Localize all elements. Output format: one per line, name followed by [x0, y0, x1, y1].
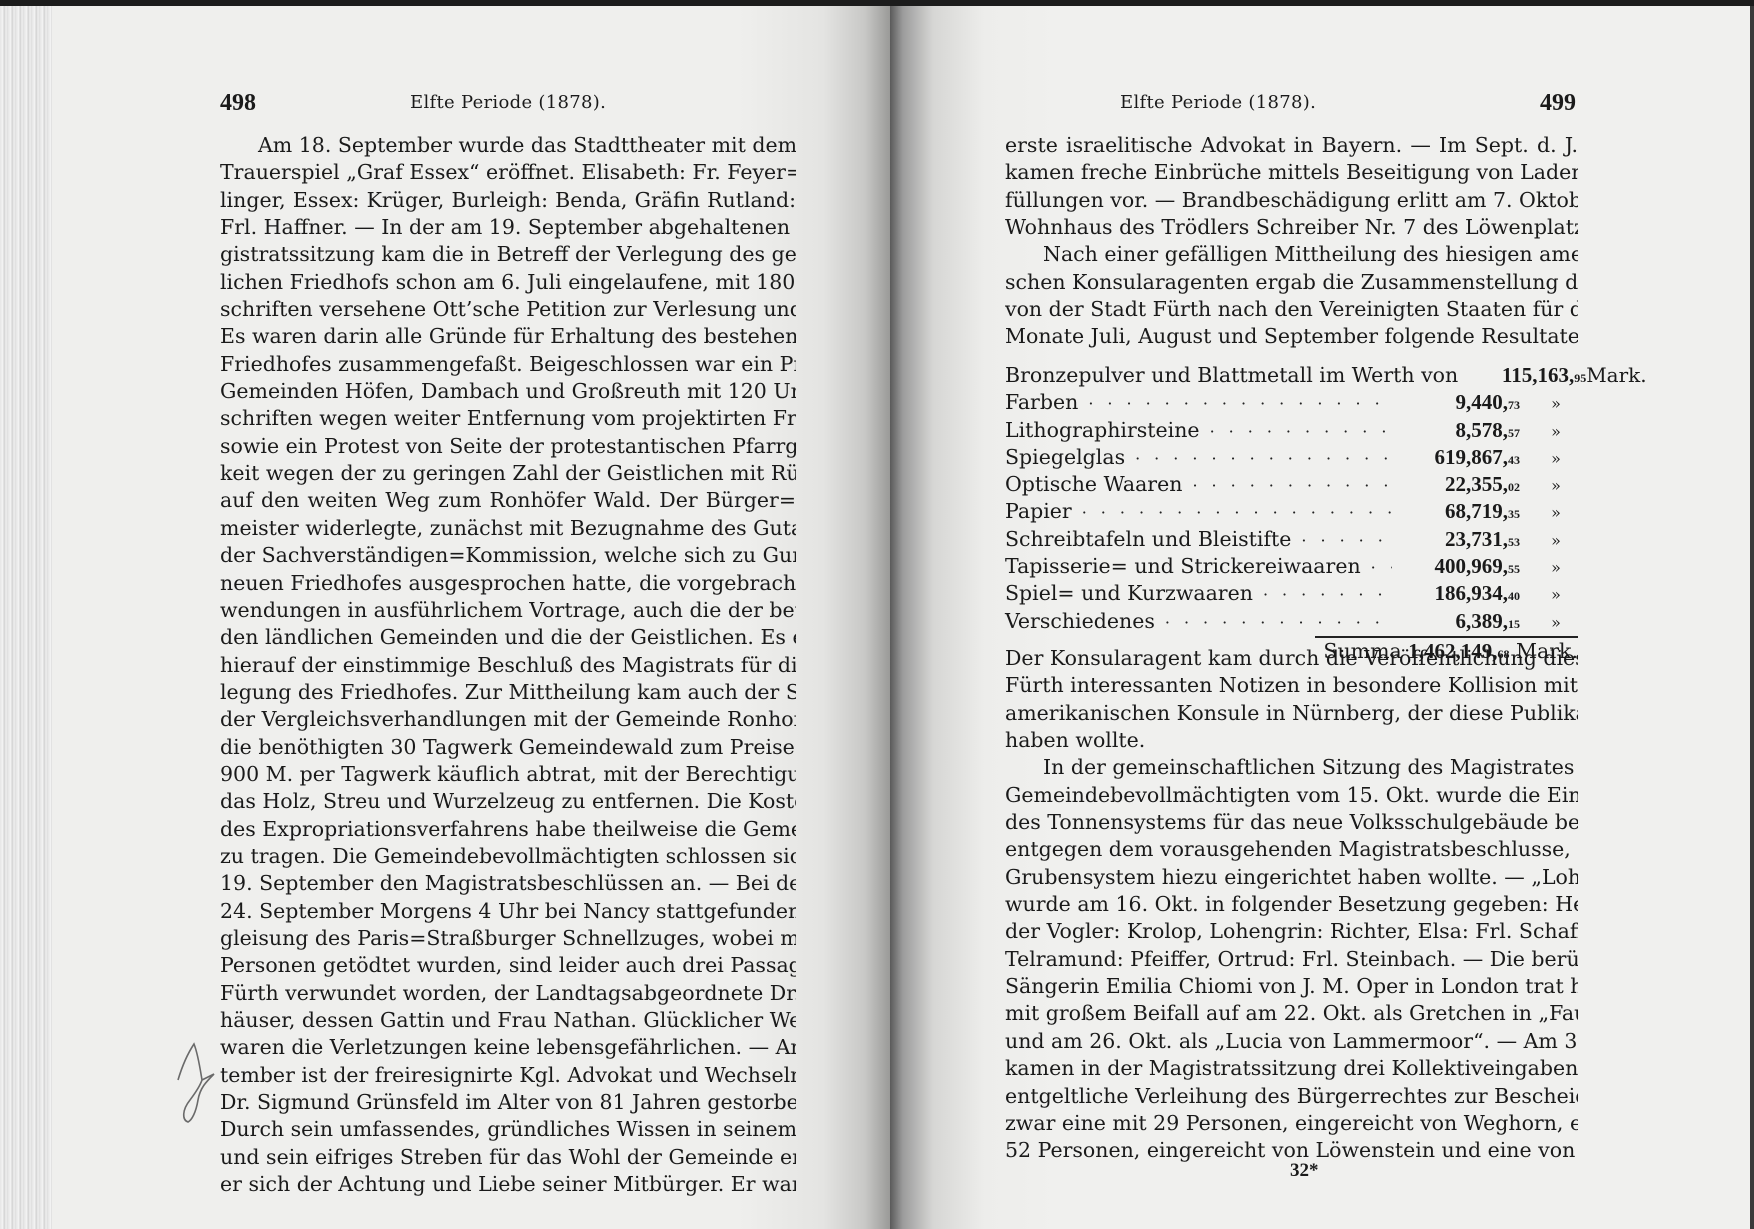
export-table-row: Schreibtafeln und Bleistifte············…: [1005, 526, 1578, 553]
export-item-label: Papier: [1005, 498, 1072, 525]
export-table-row: Optische Waaren·························…: [1005, 471, 1578, 498]
leader-dots: ········································: [1361, 554, 1392, 581]
export-item-label: Tapisserie= und Strickereiwaaren: [1005, 553, 1361, 580]
text-line: der Sachverständigen=Kommission, welche …: [220, 542, 796, 569]
text-line: Sängerin Emilia Chiomi von J. M. Oper in…: [1005, 973, 1578, 1000]
text-line: waren die Verletzungen keine lebensgefäh…: [220, 1034, 796, 1061]
text-line: füllungen vor. — Brandbeschädigung erlit…: [1005, 187, 1578, 214]
export-item-label: Lithographirsteine: [1005, 417, 1200, 444]
export-item-label: Verschiedenes: [1005, 608, 1155, 635]
export-item-label: Bronzepulver und Blattmetall im Werth vo…: [1005, 362, 1458, 389]
leader-dots: ········································: [1072, 499, 1392, 526]
right-page-body-top: erste israelitische Advokat in Bayern. —…: [1005, 132, 1578, 351]
export-item-label: Farben: [1005, 389, 1078, 416]
text-line: Durch sein umfassendes, gründliches Wiss…: [220, 1116, 796, 1143]
currency-unit: Mark.: [1586, 362, 1644, 389]
left-running-head: Elfte Periode (1878).: [410, 88, 606, 118]
right-page-number: 499: [1540, 88, 1576, 118]
currency-unit: »: [1520, 472, 1578, 499]
text-line: den ländlichen Gemeinden und die der Gei…: [220, 624, 796, 651]
text-line: hierauf der einstimmige Beschluß des Mag…: [220, 652, 796, 679]
text-line: Gemeindebevollmächtigten vom 15. Okt. wu…: [1005, 782, 1578, 809]
left-page-number: 498: [220, 88, 256, 118]
text-line: kamen in der Magistratssitzung drei Koll…: [1005, 1055, 1578, 1082]
currency-unit: »: [1520, 527, 1578, 554]
text-line: Fürth interessanten Notizen in besondere…: [1005, 672, 1578, 699]
export-item-label: Optische Waaren: [1005, 471, 1182, 498]
text-line: zwar eine mit 29 Personen, eingereicht v…: [1005, 1110, 1578, 1137]
leader-dots: ········································: [1078, 390, 1392, 417]
text-line: Grubensystem hiezu eingerichtet haben wo…: [1005, 864, 1578, 891]
text-line: Der Konsularagent kam durch die Veröffen…: [1005, 645, 1578, 672]
leader-dots: ········································: [1155, 609, 1392, 636]
text-line: Wohnhaus des Trödlers Schreiber Nr. 7 de…: [1005, 214, 1578, 241]
text-line: amerikanischen Konsule in Nürnberg, der …: [1005, 700, 1578, 727]
currency-unit: »: [1520, 609, 1578, 636]
text-line: mit großem Beifall auf am 22. Okt. als G…: [1005, 1000, 1578, 1027]
text-line: erste israelitische Advokat in Bayern. —…: [1005, 132, 1578, 159]
text-line: Friedhofes zusammengefaßt. Beigeschlosse…: [220, 351, 796, 378]
export-table-row: Papier··································…: [1005, 498, 1578, 525]
right-running-head: Elfte Periode (1878).: [1120, 88, 1316, 118]
text-line: Fürth verwundet worden, der Landtagsabge…: [220, 980, 796, 1007]
text-line: schriften versehene Ott’sche Petition zu…: [220, 296, 796, 323]
text-line: Monate Juli, August und September folgen…: [1005, 323, 1578, 350]
leader-dots: ········································: [1182, 472, 1392, 499]
text-line: Am 18. September wurde das Stadttheater …: [220, 132, 796, 159]
currency-unit: »: [1520, 418, 1578, 445]
text-line: entgegen dem vorausgehenden Magistratsbe…: [1005, 836, 1578, 863]
export-amount: 186,934,40: [1392, 580, 1520, 610]
text-line: von der Stadt Fürth nach den Vereinigten…: [1005, 296, 1578, 323]
text-line: schen Konsularagenten ergab die Zusammen…: [1005, 269, 1578, 296]
export-item-label: Spiel= und Kurzwaaren: [1005, 580, 1253, 607]
export-amount: 9,440,73: [1392, 389, 1520, 419]
export-table-row: Tapisserie= und Strickereiwaaren········…: [1005, 553, 1578, 580]
text-line: und am 26. Okt. als „Lucia von Lammermoo…: [1005, 1028, 1578, 1055]
text-line: keit wegen der zu geringen Zahl der Geis…: [220, 460, 796, 487]
text-line: Trauerspiel „Graf Essex“ eröffnet. Elisa…: [220, 159, 796, 186]
export-item-label: Spiegelglas: [1005, 444, 1125, 471]
export-amount: 115,163,95: [1458, 362, 1586, 392]
text-line: auf den weiten Weg zum Ronhöfer Wald. De…: [220, 487, 796, 514]
text-line: des Tonnensystems für das neue Volksschu…: [1005, 809, 1578, 836]
leader-dots: ········································: [1200, 418, 1392, 445]
text-line: lichen Friedhofs schon am 6. Juli eingel…: [220, 269, 796, 296]
text-line: neuen Friedhofes ausgesprochen hatte, di…: [220, 570, 796, 597]
text-line: Dr. Sigmund Grünsfeld im Alter von 81 Ja…: [220, 1089, 796, 1116]
left-page-body: Am 18. September wurde das Stadttheater …: [220, 132, 796, 1198]
pencil-mark-icon: [170, 1040, 230, 1130]
text-line: sowie ein Protest von Seite der protesta…: [220, 433, 796, 460]
export-table-row: Farben··································…: [1005, 389, 1578, 416]
currency-unit: »: [1520, 554, 1578, 581]
text-line: die benöthigten 30 Tagwerk Gemeindewald …: [220, 734, 796, 761]
export-item-label: Schreibtafeln und Bleistifte: [1005, 526, 1291, 553]
currency-unit: »: [1520, 445, 1578, 472]
text-line: zu tragen. Die Gemeindebevollmächtigten …: [220, 843, 796, 870]
text-line: Personen getödtet wurden, sind leider au…: [220, 952, 796, 979]
currency-unit: »: [1520, 499, 1578, 526]
currency-unit: »: [1520, 581, 1578, 608]
export-amount: 8,578,57: [1392, 417, 1520, 447]
text-line: er sich der Achtung und Liebe seiner Mit…: [220, 1171, 796, 1198]
export-amount: 23,731,53: [1392, 526, 1520, 556]
text-line: 19. September den Magistratsbeschlüssen …: [220, 870, 796, 897]
right-page-body-bottom: Der Konsularagent kam durch die Veröffen…: [1005, 645, 1578, 1165]
text-line: und sein eifriges Streben für das Wohl d…: [220, 1144, 796, 1171]
text-line: 900 M. per Tagwerk käuflich abtrat, mit …: [220, 761, 796, 788]
export-amount: 68,719,35: [1392, 498, 1520, 528]
text-line: legung des Friedhofes. Zur Mittheilung k…: [220, 679, 796, 706]
leader-dots: ········································: [1125, 445, 1392, 472]
text-line: 24. September Morgens 4 Uhr bei Nancy st…: [220, 898, 796, 925]
text-line: entgeltliche Verleihung des Bürgerrechte…: [1005, 1083, 1578, 1110]
right-page-edge: [1750, 6, 1754, 1229]
text-line: In der gemeinschaftlichen Sitzung des Ma…: [1005, 754, 1578, 781]
currency-unit: »: [1520, 390, 1578, 417]
signature-mark: 32*: [1290, 1160, 1319, 1182]
text-line: Telramund: Pfeiffer, Ortrud: Frl. Steinb…: [1005, 946, 1578, 973]
text-line: linger, Essex: Krüger, Burleigh: Benda, …: [220, 187, 796, 214]
book-page-edges: [0, 6, 52, 1229]
text-line: Gemeinden Höfen, Dambach und Großreuth m…: [220, 378, 796, 405]
export-amount: 22,355,02: [1392, 471, 1520, 501]
text-line: der Vogler: Krolop, Lohengrin: Richter, …: [1005, 918, 1578, 945]
text-line: haben wollte.: [1005, 727, 1578, 754]
text-line: gistratssitzung kam die in Betreff der V…: [220, 241, 796, 268]
leader-dots: ········································: [1291, 527, 1392, 554]
export-amount: 6,389,15: [1392, 608, 1520, 638]
export-table-row: Bronzepulver und Blattmetall im Werth vo…: [1005, 362, 1578, 389]
export-amount: 400,969,55: [1392, 553, 1520, 583]
text-line: kamen freche Einbrüche mittels Beseitigu…: [1005, 159, 1578, 186]
text-line: Nach einer gefälligen Mittheilung des hi…: [1005, 241, 1578, 268]
text-line: des Expropriationsverfahrens habe theilw…: [220, 816, 796, 843]
text-line: Es waren darin alle Gründe für Erhaltung…: [220, 323, 796, 350]
text-line: wendungen in ausführlichem Vortrage, auc…: [220, 597, 796, 624]
export-table-row: Spiegelglas·····························…: [1005, 444, 1578, 471]
export-table-row: Spiel= und Kurzwaaren···················…: [1005, 580, 1578, 607]
export-table-row: Verschiedenes···························…: [1005, 608, 1578, 635]
text-line: tember ist der freiresignirte Kgl. Advok…: [220, 1062, 796, 1089]
text-line: meister widerlegte, zunächst mit Bezugna…: [220, 515, 796, 542]
export-table-row: Lithographirsteine······················…: [1005, 417, 1578, 444]
text-line: der Vergleichsverhandlungen mit der Geme…: [220, 706, 796, 733]
export-amount: 619,867,43: [1392, 444, 1520, 474]
text-line: häuser, dessen Gattin und Frau Nathan. G…: [220, 1007, 796, 1034]
text-line: schriften wegen weiter Entfernung vom pr…: [220, 405, 796, 432]
text-line: das Holz, Streu und Wurzelzeug zu entfer…: [220, 788, 796, 815]
text-line: Frl. Haffner. — In der am 19. September …: [220, 214, 796, 241]
leader-dots: ········································: [1253, 581, 1392, 608]
export-table: Bronzepulver und Blattmetall im Werth vo…: [1005, 362, 1578, 665]
text-line: wurde am 16. Okt. in folgender Besetzung…: [1005, 891, 1578, 918]
text-line: gleisung des Paris=Straßburger Schnellzu…: [220, 925, 796, 952]
